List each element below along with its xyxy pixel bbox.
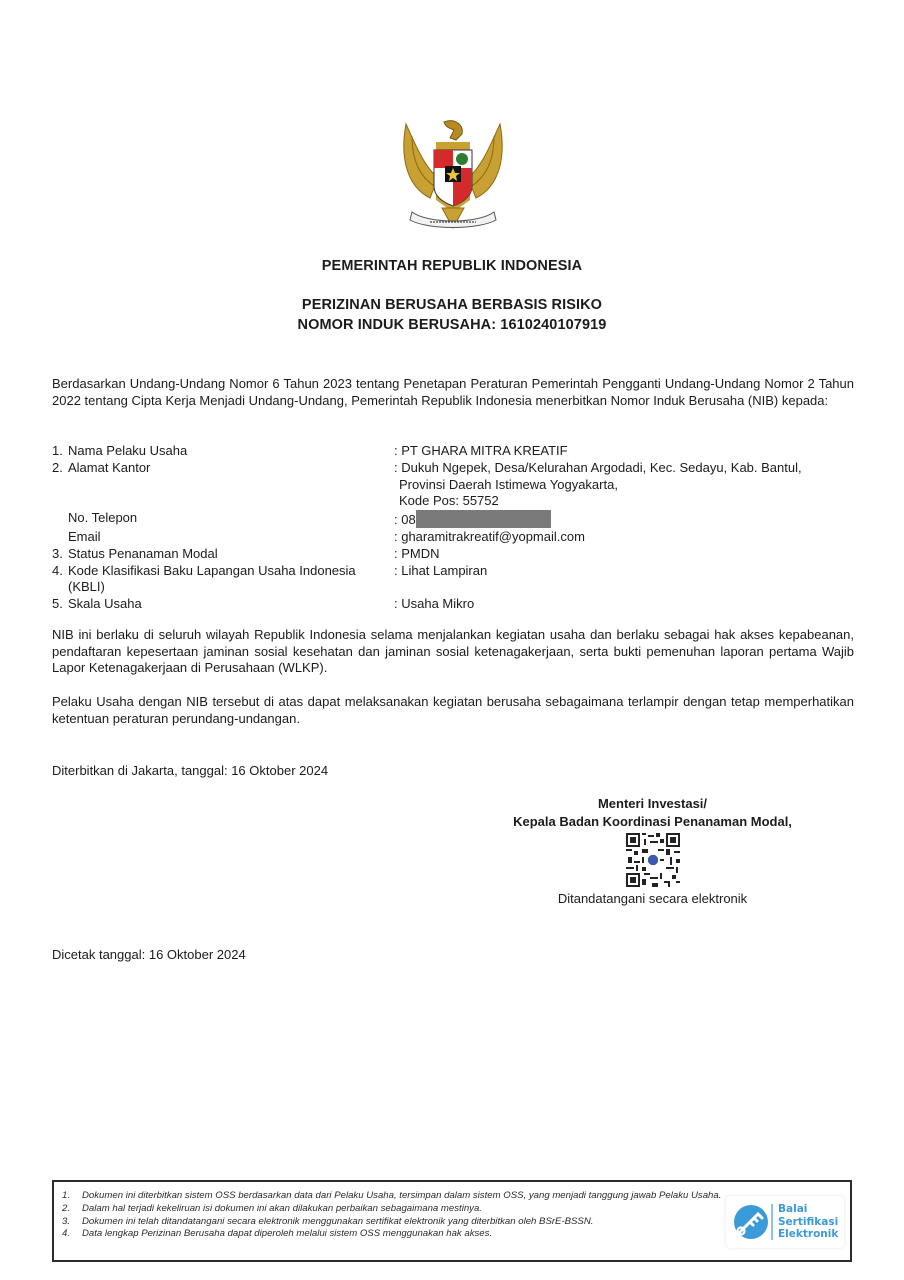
field-value: : gharamitrakreatif@yopmail.com [394, 529, 854, 546]
government-heading: PEMERINTAH REPUBLIK INDONESIA [0, 258, 904, 274]
intro-paragraph: Berdasarkan Undang-Undang Nomor 6 Tahun … [52, 376, 854, 409]
field-label: Kode Klasifikasi Baku Lapangan Usaha Ind… [68, 563, 356, 578]
electronic-signature-note: Ditandatangani secara elektronik [480, 891, 825, 906]
bsre-logo-text: Balai [778, 1203, 838, 1216]
field-row-nama: 1.Nama Pelaku Usaha : PT GHARA MITRA KRE… [52, 443, 854, 460]
field-label: Alamat Kantor [68, 460, 150, 475]
nib-number: NOMOR INDUK BERUSAHA: 1610240107919 [0, 317, 904, 333]
footer-notes: 1.Dokumen ini diterbitkan sistem OSS ber… [62, 1190, 742, 1241]
field-label: No. Telepon [52, 510, 394, 529]
field-value: Kode Pos: 55752 [394, 493, 854, 510]
field-row-alamat: 2.Alamat Kantor : Dukuh Ngepek, Desa/Kel… [52, 460, 854, 510]
validity-paragraph: NIB ini berlaku di seluruh wilayah Repub… [52, 627, 854, 677]
footer-note: 1.Dokumen ini diterbitkan sistem OSS ber… [62, 1190, 742, 1203]
redaction-block [416, 510, 551, 528]
garuda-emblem-icon [398, 116, 508, 238]
field-row-kbli: 4.Kode Klasifikasi Baku Lapangan Usaha I… [52, 563, 854, 597]
field-value: : 08 [394, 512, 416, 527]
issued-date: Diterbitkan di Jakarta, tanggal: 16 Okto… [52, 763, 328, 778]
qr-code-icon [626, 833, 680, 887]
footer-note: 3.Dokumen ini telah ditandatangani secar… [62, 1216, 742, 1229]
bsre-logo-text: Sertifikasi [778, 1216, 838, 1229]
printed-date: Dicetak tanggal: 16 Oktober 2024 [52, 947, 246, 962]
obligation-paragraph: Pelaku Usaha dengan NIB tersebut di atas… [52, 694, 854, 727]
signature-block: Menteri Investasi/ Kepala Badan Koordina… [480, 795, 825, 906]
field-row-telepon: No. Telepon : 08 [52, 510, 854, 529]
field-label: Skala Usaha [68, 596, 142, 611]
field-value: : Lihat Lampiran [394, 563, 854, 597]
field-row-email: Email : gharamitrakreatif@yopmail.com [52, 529, 854, 546]
document-title: PERIZINAN BERUSAHA BERBASIS RISIKO [0, 297, 904, 313]
field-row-skala: 5.Skala Usaha : Usaha Mikro [52, 596, 854, 613]
signatory-title-line1: Menteri Investasi/ [480, 795, 825, 813]
field-row-status: 3.Status Penanaman Modal : PMDN [52, 546, 854, 563]
field-label: Email [52, 529, 394, 546]
field-value: : Dukuh Ngepek, Desa/Kelurahan Argodadi,… [394, 460, 854, 477]
field-value: : PMDN [394, 546, 854, 563]
field-label: Status Penanaman Modal [68, 546, 218, 561]
field-label: Nama Pelaku Usaha [68, 443, 187, 458]
bsre-logo-text: Elektronik [778, 1228, 838, 1241]
field-value: : PT GHARA MITRA KREATIF [394, 443, 854, 460]
field-label-cont: (KBLI) [52, 579, 394, 596]
bsre-logo: Balai Sertifikasi Elektronik [726, 1196, 844, 1248]
field-value: Provinsi Daerah Istimewa Yogyakarta, [394, 477, 854, 494]
field-value: : Usaha Mikro [394, 596, 854, 613]
bsre-key-icon [732, 1202, 770, 1242]
footer-notes-box: 1.Dokumen ini diterbitkan sistem OSS ber… [52, 1180, 852, 1262]
business-details: 1.Nama Pelaku Usaha : PT GHARA MITRA KRE… [52, 443, 854, 613]
footer-note: 2.Dalam hal terjadi kekeliruan isi dokum… [62, 1203, 742, 1216]
signatory-title-line2: Kepala Badan Koordinasi Penanaman Modal, [480, 813, 825, 831]
footer-note: 4.Data lengkap Perizinan Berusaha dapat … [62, 1228, 742, 1241]
